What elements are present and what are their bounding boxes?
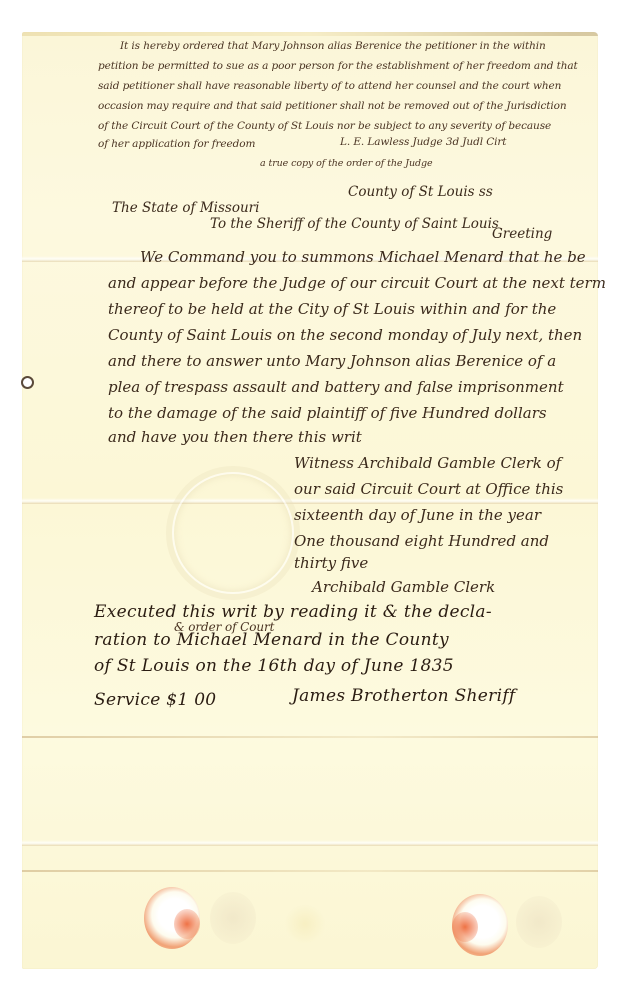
fold-line xyxy=(22,870,598,872)
writ-line: thereof to be held at the City of St Lou… xyxy=(108,300,556,318)
wax-seal xyxy=(144,887,200,949)
return-line: ration to Michael Menard in the County xyxy=(94,630,449,650)
attestation-line: our said Circuit Court at Office this xyxy=(294,480,563,498)
attestation-line: thirty five xyxy=(294,554,368,572)
attestation-line: sixteenth day of June in the year xyxy=(294,506,541,524)
order-line: said petitioner shall have reasonable li… xyxy=(98,80,561,92)
return-line: of St Louis on the 16th day of June 1835 xyxy=(94,656,454,676)
writ-line: and there to answer unto Mary Johnson al… xyxy=(108,352,556,370)
greeting: Greeting xyxy=(492,226,552,242)
order-line: petition be permitted to sue as a poor p… xyxy=(98,60,578,72)
pin-hole xyxy=(21,376,34,389)
manuscript-page: It is hereby ordered that Mary Johnson a… xyxy=(22,32,598,969)
writ-line: We Command you to summons Michael Menard… xyxy=(140,248,586,266)
order-line: occasion may require and that said petit… xyxy=(98,100,567,112)
writ-line: and have you then there this writ xyxy=(108,428,362,446)
fold-line xyxy=(22,840,598,846)
service-fee: Service $1 00 xyxy=(94,690,216,710)
attestation-line: One thousand eight Hundred and xyxy=(294,532,549,550)
venue-line: County of St Louis ss xyxy=(348,184,493,200)
writ-line: plea of trespass assault and battery and… xyxy=(108,378,564,396)
order-line: of the Circuit Court of the County of St… xyxy=(98,120,551,132)
attestation-line: Witness Archibald Gamble Clerk of xyxy=(294,454,561,472)
seal-stain xyxy=(210,892,256,944)
writ-line: and appear before the Judge of our circu… xyxy=(108,274,606,292)
state-line: The State of Missouri xyxy=(112,200,259,216)
writ-line: County of Saint Louis on the second mond… xyxy=(108,326,582,344)
fold-line xyxy=(22,498,598,504)
true-copy-note: a true copy of the order of the Judge xyxy=(260,158,433,169)
clerk-signature: Archibald Gamble Clerk xyxy=(312,578,495,596)
order-line: of her application for freedom xyxy=(98,138,255,150)
return-line: Executed this writ by reading it & the d… xyxy=(94,602,492,622)
seal-stain xyxy=(516,896,562,948)
judge-signature: L. E. Lawless Judge 3d Judl Cirt xyxy=(340,136,506,148)
writ-line: to the damage of the said plaintiff of f… xyxy=(108,404,547,422)
wax-seal xyxy=(452,894,508,956)
seal-stain xyxy=(284,904,326,944)
page-edge xyxy=(22,32,598,36)
addressee-line: To the Sheriff of the County of Saint Lo… xyxy=(210,216,499,232)
fold-line xyxy=(22,736,598,738)
embossed-court-seal xyxy=(172,472,294,594)
sheriff-signature: James Brotherton Sheriff xyxy=(292,686,516,706)
order-line: It is hereby ordered that Mary Johnson a… xyxy=(120,40,546,52)
